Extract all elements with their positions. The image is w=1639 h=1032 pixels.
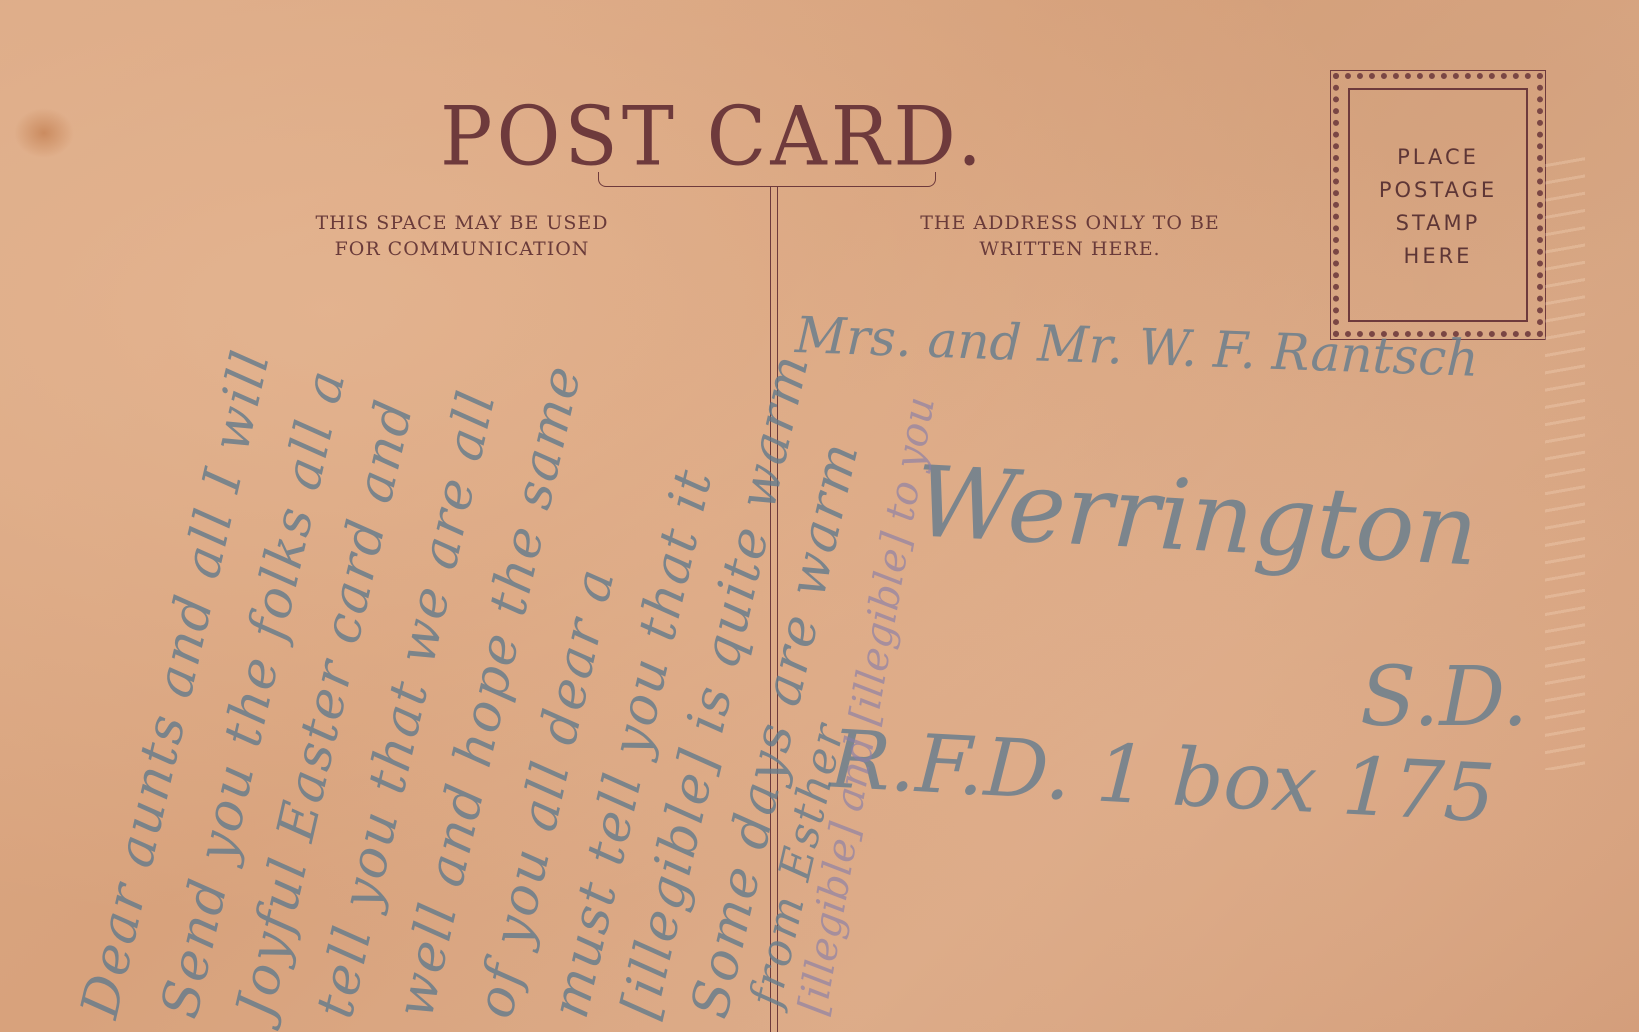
caption-line: THIS SPACE MAY BE USED [262,210,662,236]
postcard-title: POST CARD. [440,90,986,185]
message-area-caption: THIS SPACE MAY BE USED FOR COMMUNICATION [262,210,662,262]
address-town: Werrington [912,445,1480,588]
postcard-back: POST CARD. THIS SPACE MAY BE USED FOR CO… [0,0,1639,1032]
stamp-text-line: PLACE [1331,141,1545,174]
caption-line: THE ADDRESS ONLY TO BE [870,210,1270,236]
embossed-border-pattern [1545,150,1585,770]
stamp-box-text: PLACE POSTAGE STAMP HERE [1331,141,1545,273]
address-state: S.D. [1360,650,1528,745]
stamp-text-line: POSTAGE [1331,174,1545,207]
address-area-caption: THE ADDRESS ONLY TO BE WRITTEN HERE. [870,210,1270,262]
stamp-text-line: STAMP [1331,207,1545,240]
title-bracket-ornament [598,172,936,187]
stamp-text-line: HERE [1331,240,1545,273]
paper-stain [14,108,74,158]
stamp-box: PLACE POSTAGE STAMP HERE [1330,70,1546,340]
caption-line: WRITTEN HERE. [870,236,1270,262]
caption-line: FOR COMMUNICATION [262,236,662,262]
